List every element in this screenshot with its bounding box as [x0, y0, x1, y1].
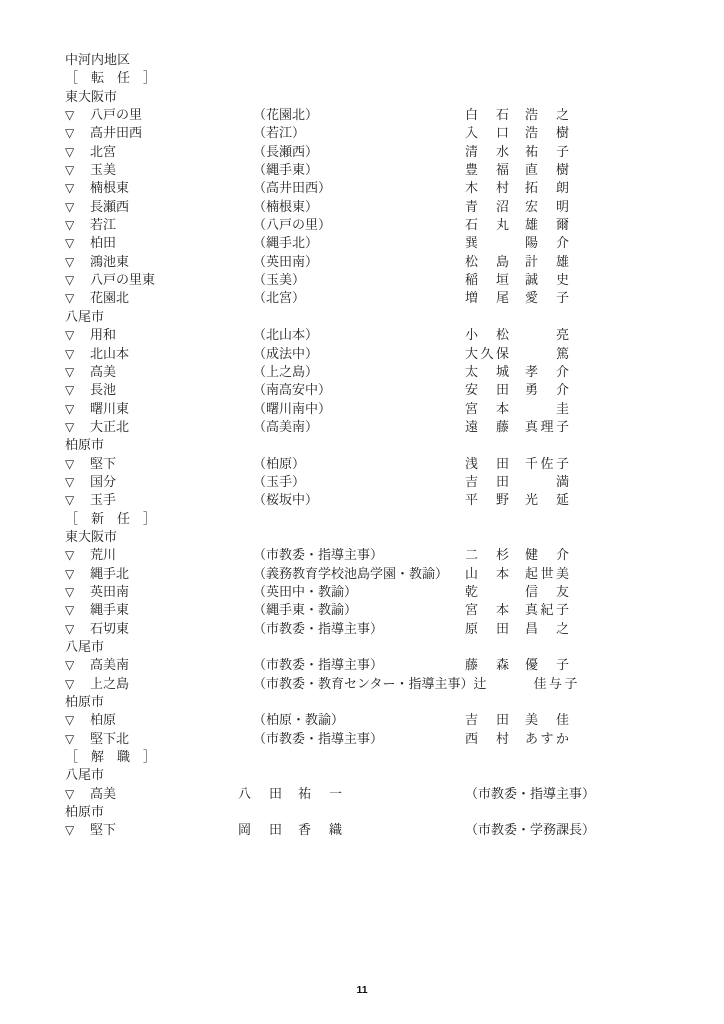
given-name-char: 健: [525, 546, 538, 564]
new-post: （市教委・指導主事）: [465, 785, 595, 803]
surname-char: 宮: [465, 400, 478, 418]
triangle-marker-icon: ▽: [65, 821, 90, 839]
surname-char: 遠: [465, 418, 478, 436]
person-surname: 増尾: [465, 289, 509, 307]
given-name-char: 誠: [525, 271, 538, 289]
previous-post: （市教委・指導主事）: [253, 730, 465, 748]
triangle-marker-icon: ▽: [65, 216, 90, 234]
surname-char: 保: [496, 345, 509, 363]
surname-char: 田: [496, 620, 509, 638]
person-surname: 木村: [465, 179, 509, 197]
surname-char: 吉: [465, 473, 478, 491]
person-surname: 巽: [465, 234, 509, 252]
surname-char: 稲: [465, 271, 478, 289]
person-given-name: 拓朗: [525, 179, 569, 197]
triangle-marker-icon: ▽: [65, 106, 90, 124]
given-name-char: 香: [298, 821, 311, 839]
surname-char: 丸: [496, 216, 509, 234]
table-row: ▽上之島（市教委・教育センター・指導主事）辻佳与子: [65, 675, 694, 693]
table-row: ▽英田南（英田中・教諭）乾信友: [65, 583, 694, 601]
surname-char: 豊: [465, 161, 478, 179]
school-name: 高井田西: [90, 124, 253, 142]
given-name-char: 優: [525, 656, 538, 674]
given-name-char: 樹: [556, 161, 569, 179]
given-name-char: 直: [525, 161, 538, 179]
person-given-name: 美佳: [525, 711, 569, 729]
person-surname: 稲垣: [465, 271, 509, 289]
city-header: 八尾市: [65, 308, 694, 326]
given-name-char: 勇: [525, 381, 538, 399]
person-given-name: 愛子: [525, 289, 569, 307]
document-page: 中河内地区［ 転 任 ］東大阪市▽八戸の里（花園北）白石浩之▽高井田西（若江）入…: [0, 0, 724, 1024]
given-name-char: 孝: [525, 363, 538, 381]
surname-char: 城: [496, 363, 509, 381]
district-header: 中河内地区: [65, 51, 694, 69]
table-row: ▽鴻池東（英田南）松島計雄: [65, 253, 694, 271]
surname-char: 原: [465, 620, 478, 638]
given-name-char: 浩: [525, 106, 538, 124]
person-given-name: 勇介: [525, 381, 569, 399]
surname-char: 太: [465, 363, 478, 381]
person-surname: 石丸: [465, 216, 509, 234]
table-row: ▽国分（玉手）吉田満: [65, 473, 694, 491]
person-name: 白石浩之: [465, 106, 569, 124]
table-row: ▽北山本（成法中）大久保篤: [65, 345, 694, 363]
given-name-char: あ: [525, 730, 538, 748]
previous-post: （柏原）: [253, 455, 465, 473]
surname-char: 村: [496, 730, 509, 748]
triangle-marker-icon: ▽: [65, 546, 90, 564]
triangle-marker-icon: ▽: [65, 730, 90, 748]
person-name: 八田祐一: [238, 785, 342, 803]
person-name: 藤森優子: [465, 656, 569, 674]
previous-post: （曙川南中）: [253, 400, 465, 418]
surname-char: 山: [465, 565, 478, 583]
person-name: 平野光延: [465, 491, 569, 509]
school-name: 北宮: [90, 143, 253, 161]
school-name: 上之島: [90, 675, 253, 693]
person-name: 浅田千佐子: [465, 455, 569, 473]
table-row: ▽北宮（長瀬西）清水祐子: [65, 143, 694, 161]
given-name-char: 之: [556, 620, 569, 638]
person-surname: 吉田: [465, 473, 509, 491]
surname-char: 浅: [465, 455, 478, 473]
person-name: 小松亮: [465, 326, 569, 344]
person-surname: 山本: [465, 565, 509, 583]
surname-char: 水: [496, 143, 509, 161]
given-name-char: 祐: [298, 785, 311, 803]
table-row: ▽荒川（市教委・指導主事）二杉健介: [65, 546, 694, 564]
school-name: 北山本: [90, 345, 253, 363]
surname-char: 島: [496, 253, 509, 271]
surname-char: 西: [465, 730, 478, 748]
given-name-char: 浩: [525, 124, 538, 142]
previous-post: （楠根東）: [253, 198, 465, 216]
table-row: ▽花園北（北宮）増尾愛子: [65, 289, 694, 307]
person-name: 西村あすか: [465, 730, 569, 748]
previous-post: （成法中）: [253, 345, 465, 363]
surname-char: 本: [496, 400, 509, 418]
school-name: 堅下: [90, 821, 238, 839]
surname-char: 沼: [496, 198, 509, 216]
surname-char: 田: [496, 381, 509, 399]
given-name-char: 介: [556, 381, 569, 399]
table-row: ▽玉手（桜坂中）平野光延: [65, 491, 694, 509]
person-surname: 太城: [465, 363, 509, 381]
person-surname: 青沼: [465, 198, 509, 216]
city-header: 東大阪市: [65, 528, 694, 546]
previous-post: （市教委・指導主事）: [253, 656, 465, 674]
surname-char: 田: [269, 785, 282, 803]
person-given-name: 真理子: [525, 418, 569, 436]
person-given-name: 健介: [525, 546, 569, 564]
previous-post: （北宮）: [253, 289, 465, 307]
surname-char: 木: [465, 179, 478, 197]
previous-post: （柏原・教諭）: [253, 711, 465, 729]
previous-post: （市教委・教育センター・指導主事）: [253, 675, 473, 693]
table-row: ▽高美八田祐一（市教委・指導主事）: [65, 785, 694, 803]
school-name: 楠根東: [90, 179, 253, 197]
city-header: 八尾市: [65, 638, 694, 656]
person-name: 巽陽介: [465, 234, 569, 252]
person-surname: 豊福: [465, 161, 509, 179]
person-surname: 平野: [465, 491, 509, 509]
given-name-char: 美: [525, 711, 538, 729]
person-surname: 岡田: [238, 821, 282, 839]
surname-char: 青: [465, 198, 478, 216]
person-name: 青沼宏明: [465, 198, 569, 216]
page-number: 11: [0, 984, 724, 996]
given-name-char: 子: [556, 143, 569, 161]
surname-char: 安: [465, 381, 478, 399]
triangle-marker-icon: ▽: [65, 253, 90, 271]
surname-char: 野: [496, 491, 509, 509]
surname-char: 久: [480, 345, 493, 363]
table-row: ▽大正北（高美南）遠藤真理子: [65, 418, 694, 436]
previous-post: （市教委・指導主事）: [253, 546, 465, 564]
previous-post: （北山本）: [253, 326, 465, 344]
surname-char: 乾: [465, 583, 478, 601]
person-given-name: 陽介: [525, 234, 569, 252]
surname-char: 巽: [465, 234, 478, 252]
person-surname: 二杉: [465, 546, 509, 564]
surname-char: 増: [465, 289, 478, 307]
given-name-char: 之: [556, 106, 569, 124]
table-row: ▽堅下北（市教委・指導主事）西村あすか: [65, 730, 694, 748]
person-name: 石丸雄爾: [465, 216, 569, 234]
surname-char: 森: [496, 656, 509, 674]
person-name: 二杉健介: [465, 546, 569, 564]
triangle-marker-icon: ▽: [65, 656, 90, 674]
triangle-marker-icon: ▽: [65, 124, 90, 142]
surname-char: 吉: [465, 711, 478, 729]
surname-char: 小: [465, 326, 478, 344]
school-name: 堅下北: [90, 730, 253, 748]
school-name: 柏田: [90, 234, 253, 252]
table-row: ▽楠根東（高井田西）木村拓朗: [65, 179, 694, 197]
given-name-char: 昌: [525, 620, 538, 638]
person-name: 原田昌之: [465, 620, 569, 638]
school-name: 用和: [90, 326, 253, 344]
city-header: 柏原市: [65, 693, 694, 711]
previous-post: （英田中・教諭）: [253, 583, 465, 601]
given-name-char: 与: [549, 675, 562, 693]
surname-char: 藤: [465, 656, 478, 674]
previous-post: （市教委・指導主事）: [253, 620, 465, 638]
school-name: 縄手東: [90, 601, 253, 619]
school-name: 鴻池東: [90, 253, 253, 271]
surname-char: 二: [465, 546, 478, 564]
person-surname: 安田: [465, 381, 509, 399]
triangle-marker-icon: ▽: [65, 675, 90, 693]
given-name-char: 佳: [556, 711, 569, 729]
city-header: 柏原市: [65, 803, 694, 821]
table-row: ▽曙川東（曙川南中）宮本圭: [65, 400, 694, 418]
triangle-marker-icon: ▽: [65, 161, 90, 179]
person-surname: 浅田: [465, 455, 509, 473]
previous-post: （上之島）: [253, 363, 465, 381]
surname-char: 石: [465, 216, 478, 234]
given-name-char: 計: [525, 253, 538, 271]
given-name-char: 真: [525, 418, 538, 436]
table-row: ▽柏原（柏原・教諭）吉田美佳: [65, 711, 694, 729]
given-name-char: 愛: [525, 289, 538, 307]
given-name-char: 織: [329, 821, 342, 839]
person-name: 宮本圭: [465, 400, 569, 418]
given-name-char: 佐: [540, 455, 553, 473]
person-given-name: 直樹: [525, 161, 569, 179]
surname-char: 田: [496, 473, 509, 491]
triangle-marker-icon: ▽: [65, 289, 90, 307]
person-surname: 白石: [465, 106, 509, 124]
table-row: ▽八戸の里（花園北）白石浩之: [65, 106, 694, 124]
previous-post: （南高安中）: [253, 381, 465, 399]
previous-post: （縄手東・教諭）: [253, 601, 465, 619]
previous-post: （玉手）: [253, 473, 465, 491]
surname-char: 福: [496, 161, 509, 179]
person-surname: 松島: [465, 253, 509, 271]
given-name-char: 友: [556, 583, 569, 601]
table-row: ▽若江（八戸の里）石丸雄爾: [65, 216, 694, 234]
triangle-marker-icon: ▽: [65, 418, 90, 436]
school-name: 荒川: [90, 546, 253, 564]
given-name-char: 美: [556, 565, 569, 583]
given-name-char: 子: [556, 289, 569, 307]
person-name: 宮本真紀子: [465, 601, 569, 619]
given-name-char: 亮: [556, 326, 569, 344]
person-surname: 大久保: [465, 345, 509, 363]
triangle-marker-icon: ▽: [65, 198, 90, 216]
table-row: ▽高美南（市教委・指導主事）藤森優子: [65, 656, 694, 674]
given-name-char: 雄: [525, 216, 538, 234]
given-name-char: 朗: [556, 179, 569, 197]
previous-post: （八戸の里）: [253, 216, 465, 234]
table-row: ▽縄手北（義務教育学校池島学園・教諭）山本起世美: [65, 565, 694, 583]
triangle-marker-icon: ▽: [65, 234, 90, 252]
person-name: 乾信友: [465, 583, 569, 601]
person-given-name: 宏明: [525, 198, 569, 216]
given-name-char: 明: [556, 198, 569, 216]
given-name-char: 子: [564, 675, 577, 693]
person-given-name: 光延: [525, 491, 569, 509]
triangle-marker-icon: ▽: [65, 345, 90, 363]
person-name: 松島計雄: [465, 253, 569, 271]
school-name: 曙川東: [90, 400, 253, 418]
given-name-char: 圭: [556, 400, 569, 418]
given-name-char: 千: [525, 455, 538, 473]
surname-char: 田: [269, 821, 282, 839]
table-row: ▽石切東（市教委・指導主事）原田昌之: [65, 620, 694, 638]
given-name-char: 紀: [540, 601, 553, 619]
school-name: 若江: [90, 216, 253, 234]
person-name: 遠藤真理子: [465, 418, 569, 436]
person-given-name: 優子: [525, 656, 569, 674]
person-surname: 八田: [238, 785, 282, 803]
person-given-name: 千佐子: [525, 455, 569, 473]
given-name-char: 一: [329, 785, 342, 803]
person-name: 安田勇介: [465, 381, 569, 399]
person-given-name: 浩樹: [525, 124, 569, 142]
school-name: 長池: [90, 381, 253, 399]
given-name-char: 光: [525, 491, 538, 509]
person-surname: 藤森: [465, 656, 509, 674]
person-given-name: 真紀子: [525, 601, 569, 619]
person-given-name: 亮: [525, 326, 569, 344]
person-name: 岡田香織: [238, 821, 342, 839]
person-given-name: 起世美: [525, 565, 569, 583]
given-name-char: 真: [525, 601, 538, 619]
school-name: 八戸の里: [90, 106, 253, 124]
person-surname: 清水: [465, 143, 509, 161]
previous-post: （英田南）: [253, 253, 465, 271]
triangle-marker-icon: ▽: [65, 179, 90, 197]
school-name: 堅下: [90, 455, 253, 473]
person-surname: 原田: [465, 620, 509, 638]
given-name-char: 子: [556, 656, 569, 674]
triangle-marker-icon: ▽: [65, 601, 90, 619]
surname-char: 藤: [496, 418, 509, 436]
triangle-marker-icon: ▽: [65, 583, 90, 601]
triangle-marker-icon: ▽: [65, 473, 90, 491]
given-name-char: 史: [556, 271, 569, 289]
triangle-marker-icon: ▽: [65, 620, 90, 638]
surname-char: 平: [465, 491, 478, 509]
surname-char: 入: [465, 124, 478, 142]
person-given-name: 圭: [525, 400, 569, 418]
person-given-name: 雄爾: [525, 216, 569, 234]
given-name-char: す: [540, 730, 553, 748]
surname-char: 清: [465, 143, 478, 161]
school-name: 花園北: [90, 289, 253, 307]
person-name: 清水祐子: [465, 143, 569, 161]
triangle-marker-icon: ▽: [65, 565, 90, 583]
given-name-char: 介: [556, 363, 569, 381]
given-name-char: 満: [556, 473, 569, 491]
given-name-char: 篤: [556, 345, 569, 363]
given-name-char: 爾: [556, 216, 569, 234]
table-row: ▽柏田（縄手北）巽陽介: [65, 234, 694, 252]
table-row: ▽長瀬西（楠根東）青沼宏明: [65, 198, 694, 216]
triangle-marker-icon: ▽: [65, 326, 90, 344]
person-given-name: 佳与子: [533, 675, 577, 693]
surname-char: 大: [465, 345, 478, 363]
person-surname: 入口: [465, 124, 509, 142]
given-name-char: か: [556, 730, 569, 748]
person-surname: 小松: [465, 326, 509, 344]
person-given-name: 計雄: [525, 253, 569, 271]
person-name: 稲垣誠史: [465, 271, 569, 289]
city-header: 東大阪市: [65, 88, 694, 106]
person-name: 入口浩樹: [465, 124, 569, 142]
given-name-char: 佳: [533, 675, 546, 693]
previous-post: （義務教育学校池島学園・教諭）: [253, 565, 465, 583]
given-name-char: 子: [556, 418, 569, 436]
table-row: ▽高井田西（若江）入口浩樹: [65, 124, 694, 142]
person-given-name: 祐一: [298, 785, 342, 803]
given-name-char: 拓: [525, 179, 538, 197]
given-name-char: 介: [556, 546, 569, 564]
school-name: 柏原: [90, 711, 253, 729]
school-name: 玉美: [90, 161, 253, 179]
section-header: ［ 解 職 ］: [65, 748, 694, 766]
given-name-char: 介: [556, 234, 569, 252]
triangle-marker-icon: ▽: [65, 785, 90, 803]
triangle-marker-icon: ▽: [65, 491, 90, 509]
surname-char: 杉: [496, 546, 509, 564]
person-surname: 乾: [465, 583, 509, 601]
surname-char: 八: [238, 785, 251, 803]
surname-char: 松: [496, 326, 509, 344]
document-body: 中河内地区［ 転 任 ］東大阪市▽八戸の里（花園北）白石浩之▽高井田西（若江）入…: [65, 51, 694, 840]
given-name-char: 陽: [525, 234, 538, 252]
person-given-name: 満: [525, 473, 569, 491]
person-name: 太城孝介: [465, 363, 569, 381]
previous-post: （縄手北）: [253, 234, 465, 252]
given-name-char: 子: [556, 455, 569, 473]
given-name-char: 雄: [556, 253, 569, 271]
surname-char: 松: [465, 253, 478, 271]
person-surname: 辻: [473, 675, 517, 693]
table-row: ▽玉美（縄手東）豊福直樹: [65, 161, 694, 179]
person-given-name: 昌之: [525, 620, 569, 638]
surname-char: 辻: [473, 675, 486, 693]
surname-char: 石: [496, 106, 509, 124]
person-name: 大久保篤: [465, 345, 569, 363]
person-given-name: 祐子: [525, 143, 569, 161]
person-surname: 宮本: [465, 400, 509, 418]
section-header: ［ 転 任 ］: [65, 69, 694, 87]
surname-char: 本: [496, 601, 509, 619]
city-header: 八尾市: [65, 766, 694, 784]
triangle-marker-icon: ▽: [65, 363, 90, 381]
person-name: 増尾愛子: [465, 289, 569, 307]
school-name: 英田南: [90, 583, 253, 601]
person-given-name: 誠史: [525, 271, 569, 289]
person-given-name: 浩之: [525, 106, 569, 124]
previous-post: （高井田西）: [253, 179, 465, 197]
person-name: 吉田満: [465, 473, 569, 491]
table-row: ▽堅下岡田香織（市教委・学務課長）: [65, 821, 694, 839]
surname-char: 田: [496, 711, 509, 729]
city-header: 柏原市: [65, 436, 694, 454]
previous-post: （桜坂中）: [253, 491, 465, 509]
triangle-marker-icon: ▽: [65, 381, 90, 399]
person-given-name: あすか: [525, 730, 569, 748]
school-name: 玉手: [90, 491, 253, 509]
person-given-name: 篤: [525, 345, 569, 363]
table-row: ▽堅下（柏原）浅田千佐子: [65, 455, 694, 473]
new-post: （市教委・学務課長）: [465, 821, 595, 839]
